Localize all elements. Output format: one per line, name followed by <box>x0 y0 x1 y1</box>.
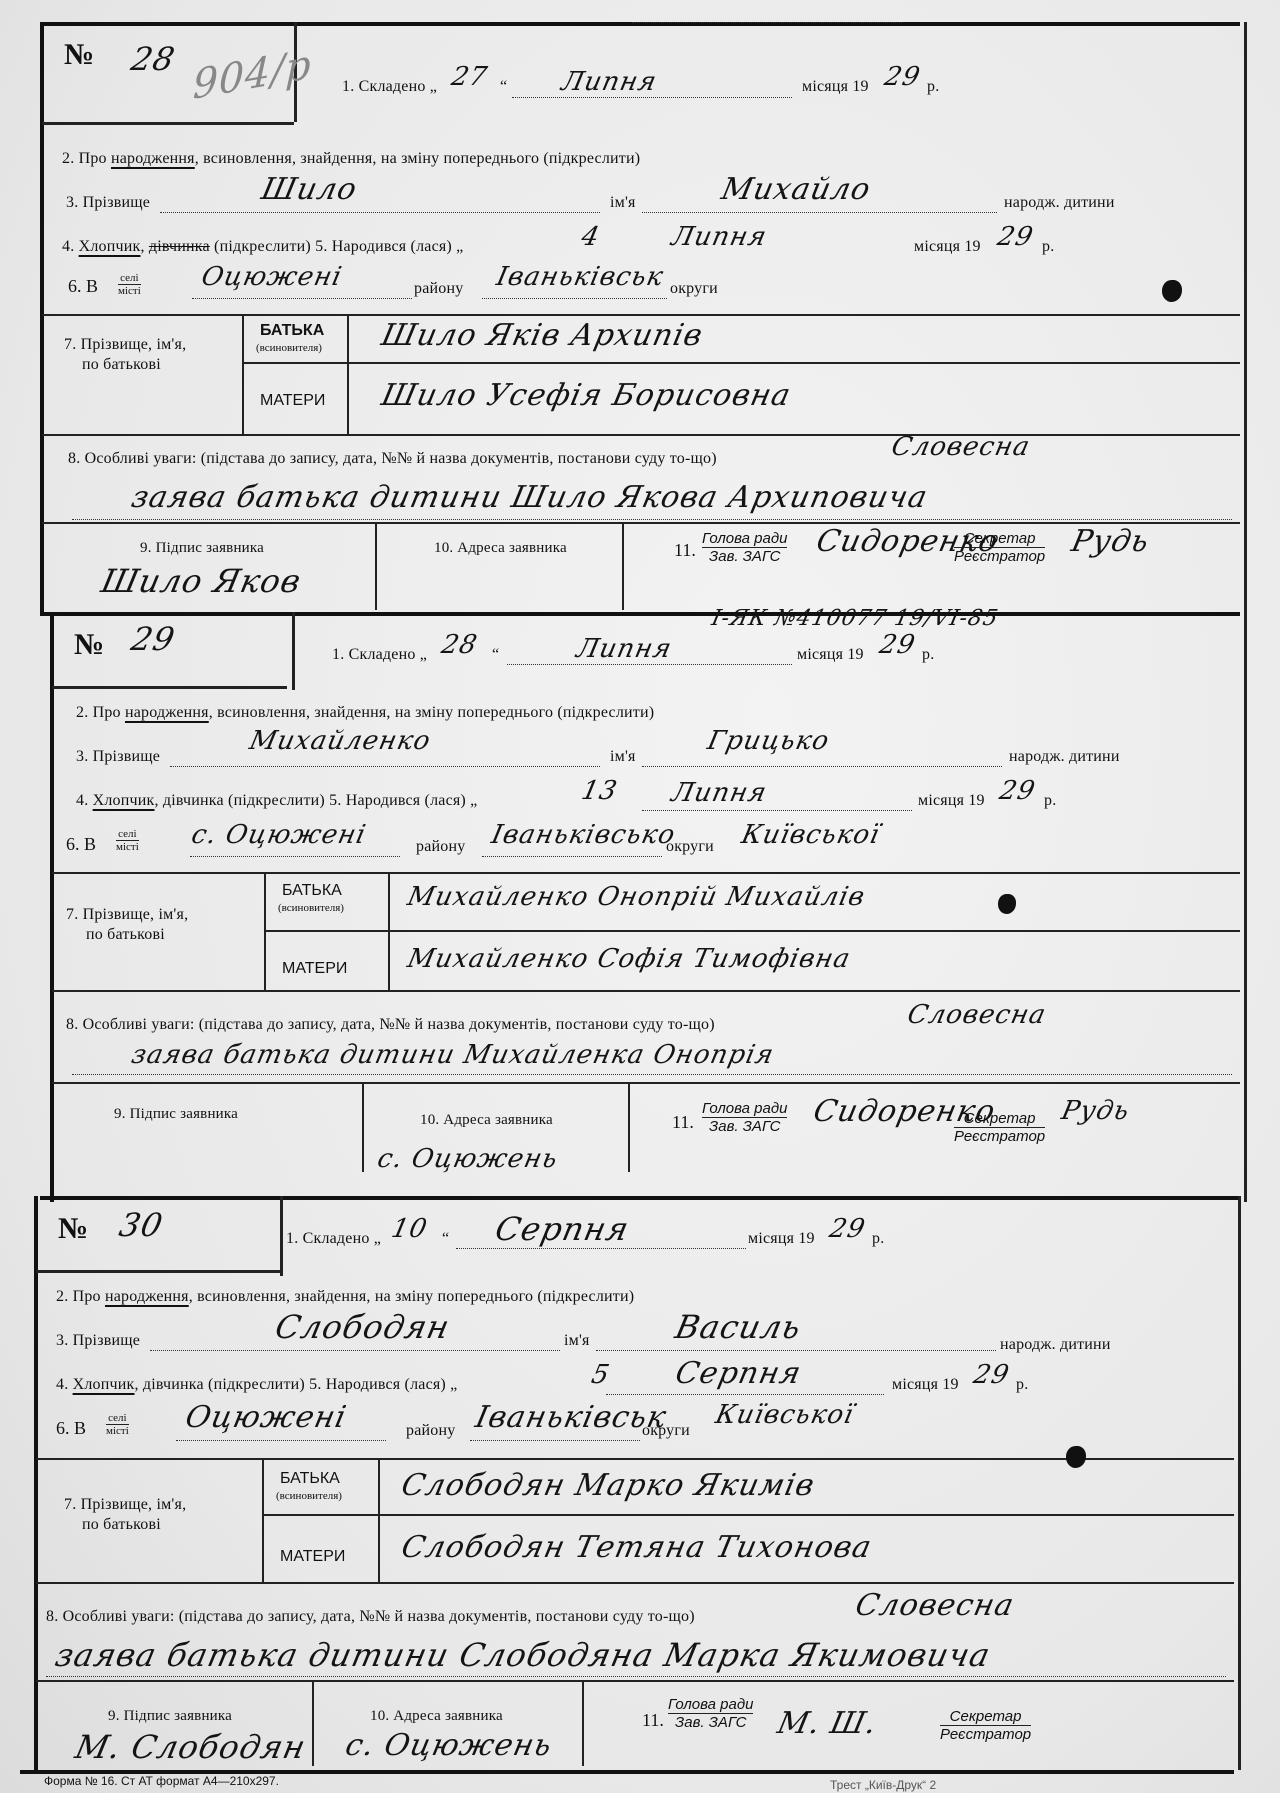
record-number: 28 <box>128 40 179 78</box>
notes-label: 8. Особливі уваги: (підстава до запису, … <box>46 1608 695 1626</box>
district-label: району <box>406 1422 455 1440</box>
place-value: Оцюжені <box>199 262 345 292</box>
dotted-line <box>72 519 1232 520</box>
divider <box>280 1196 283 1276</box>
divider <box>264 930 1240 932</box>
applicant-signature: Шило Яков <box>98 562 305 600</box>
girl-struck: дівчинка <box>149 238 210 255</box>
birth-underlined: народження <box>111 150 195 167</box>
about-label: 2. Про <box>62 150 107 167</box>
record-type: 2. Про народження, всиновлення, знайденн… <box>62 150 640 168</box>
birth-underlined: народження <box>105 1288 189 1305</box>
born-day: 4 <box>579 222 603 252</box>
secretary-fraction: Секретар Реєстратор <box>954 1110 1045 1146</box>
month-year-label: місяця 19 <box>802 78 869 96</box>
parents-label-2: по батькові <box>86 926 165 944</box>
dotted-line <box>190 856 400 857</box>
month-year-label: місяця 19 <box>918 792 985 810</box>
mother-value: Михайленко Софія Тимофівна <box>405 944 854 974</box>
secretary-label: Секретар <box>954 530 1045 548</box>
born-year: 29 <box>971 1360 1012 1390</box>
okruha-label: округи <box>642 1422 690 1440</box>
parents-label-2: по батькові <box>82 356 161 374</box>
district-value: Іваньківськ <box>472 1400 670 1435</box>
record-number-label: № <box>58 1212 88 1246</box>
compiled-label: 1. Складено „ <box>286 1230 381 1248</box>
registrar-label: Реєстратор <box>940 1726 1031 1743</box>
surname-value: Михайленко <box>247 726 434 756</box>
month-year-label: місяця 19 <box>914 238 981 256</box>
zags-label: Зав. ЗАГС <box>709 1118 780 1135</box>
divider <box>52 990 1240 992</box>
dotted-line <box>150 1350 560 1351</box>
notes-line-1: Словесна <box>905 1000 1049 1030</box>
dotted-line <box>512 97 792 98</box>
divider <box>362 1082 364 1172</box>
born-day: 5 <box>589 1360 613 1390</box>
divider <box>622 522 624 610</box>
signature-label: 9. Підпис заявника <box>108 1708 232 1725</box>
about-label: 2. Про <box>56 1288 101 1305</box>
head-fraction: Голова ради Зав. ЗАГС <box>702 530 787 566</box>
mother-value: Шило Усефія Борисовна <box>378 378 794 413</box>
month-year-label: місяця 19 <box>892 1376 959 1394</box>
sex-line: 4. Хлопчик, дівчинка (підкреслити) 5. На… <box>76 792 477 810</box>
compiled-year: 29 <box>827 1214 868 1244</box>
hint: (підкреслити) <box>214 238 311 255</box>
divider <box>292 612 295 690</box>
head-fraction: Голова ради Зав. ЗАГС <box>702 1100 787 1136</box>
born-month: Липня <box>669 778 770 808</box>
hint: (підкреслити) <box>208 1376 305 1393</box>
girl-label: дівчинка <box>143 1376 204 1393</box>
dotted-line <box>507 664 792 665</box>
signature-label: 9. Підпис заявника <box>114 1106 238 1123</box>
quote: “ <box>492 646 499 664</box>
hint: (підкреслити) <box>228 792 325 809</box>
district-value: Іваньківсько <box>489 820 678 850</box>
divider <box>628 1082 630 1172</box>
dotted-line <box>170 766 600 767</box>
notes-line-2: заява батька дитини Слободяна Марка Яким… <box>52 1636 994 1674</box>
register-page: № 28 904/р 1. Складено „ 27 “ Липня міся… <box>0 0 1280 1793</box>
quote: “ <box>442 1230 449 1248</box>
applicant-address: с. Оцюжень <box>375 1144 561 1174</box>
child-label: народж. дитини <box>1009 748 1120 766</box>
officials-number: 11. <box>642 1710 664 1731</box>
parents-label: 7. Прізвище, ім'я, <box>66 906 188 924</box>
in-label: 6. В <box>66 834 96 855</box>
applicant-address: с. Оцюжень <box>342 1728 555 1763</box>
name-value: Михайло <box>718 172 874 207</box>
okruha-value: Київської <box>739 820 883 850</box>
month-year-label: місяця 19 <box>797 646 864 664</box>
born-label: 5. Народився (лася) „ <box>315 238 463 255</box>
head-label: Голова ради <box>668 1696 753 1714</box>
city-label: місті <box>118 285 141 297</box>
okruha-value: Київської <box>713 1400 857 1430</box>
dotted-line <box>482 856 662 857</box>
district-value: Іваньківськ <box>494 262 667 292</box>
place-value: с. Оцюжені <box>189 820 369 850</box>
okruha-label: округи <box>666 838 714 856</box>
village-label: селі <box>106 1412 129 1425</box>
child-label: народж. дитини <box>1004 194 1115 212</box>
applicant-signature: М. Слободян <box>72 1728 310 1766</box>
father-label: БАТЬКА <box>282 882 342 900</box>
year-suffix: р. <box>1044 792 1056 810</box>
village-city-fraction: селі місті <box>118 272 141 297</box>
quote: “ <box>500 78 507 96</box>
dotted-line <box>642 810 912 811</box>
compiled-month: Липня <box>559 67 660 97</box>
name-label: ім'я <box>610 748 636 766</box>
signature-label: 9. Підпис заявника <box>140 540 264 557</box>
secretary-fraction: Секретар Реєстратор <box>954 530 1045 566</box>
divider <box>42 122 294 125</box>
head-label: Голова ради <box>702 530 787 548</box>
dotted-line <box>642 212 997 213</box>
dotted-line <box>176 1440 386 1441</box>
archive-note: I-ЯК №410077 19/VI-85 <box>709 606 1000 631</box>
year-suffix: р. <box>927 78 939 96</box>
dotted-line <box>72 1074 1232 1075</box>
address-label: 10. Адреса заявника <box>434 540 567 557</box>
item-number: 4. <box>76 792 88 809</box>
parents-label: 7. Прізвище, ім'я, <box>64 336 186 354</box>
surname-value: Шило <box>258 172 360 207</box>
year-suffix: р. <box>872 1230 884 1248</box>
month-year-label: місяця 19 <box>748 1230 815 1248</box>
girl-label: дівчинка <box>163 792 224 809</box>
divider <box>52 872 1240 874</box>
divider <box>378 1458 380 1582</box>
name-value: Грицько <box>705 726 832 756</box>
dotted-line <box>606 1394 884 1395</box>
dotted-line <box>46 1676 1226 1677</box>
notes-line-1: Словесна <box>889 432 1033 462</box>
compiled-month: Липня <box>574 634 675 664</box>
record-number-label: № <box>74 628 104 662</box>
village-city-fraction: селі місті <box>116 828 139 853</box>
surname-label: 3. Прізвище <box>66 194 150 212</box>
record-type-rest: , всиновлення, знайдення, на зміну попер… <box>209 704 655 721</box>
father-value: Михайленко Онопрій Михайлів <box>405 882 868 912</box>
divider <box>36 1582 1234 1584</box>
divider <box>242 314 244 434</box>
born-label: 5. Народився (лася) „ <box>309 1376 457 1393</box>
dotted-line <box>596 1350 996 1351</box>
child-label: народж. дитини <box>1000 1336 1111 1354</box>
notes-label: 8. Особливі уваги: (підстава до запису, … <box>66 1016 715 1034</box>
item-number: 4. <box>62 238 74 255</box>
notes-line-2: заява батька дитини Михайленка Онопрія <box>129 1040 777 1070</box>
head-fraction: Голова ради Зав. ЗАГС <box>668 1696 753 1732</box>
mother-label: МАТЕРИ <box>260 392 325 410</box>
head-signature: М. Ш. <box>774 1706 880 1741</box>
born-year: 29 <box>997 776 1038 806</box>
city-label: місті <box>106 1425 129 1437</box>
mother-value: Слободян Тетяна Тихонова <box>398 1530 875 1565</box>
dotted-line <box>160 212 600 213</box>
compiled-day: 27 <box>449 62 490 92</box>
dotted-line <box>482 298 667 299</box>
registrar-label: Реєстратор <box>954 1128 1045 1145</box>
divider <box>42 522 1240 524</box>
parents-label-2: по батькові <box>82 1516 161 1534</box>
mother-label: МАТЕРИ <box>280 1548 345 1566</box>
divider <box>242 362 1240 364</box>
name-value: Василь <box>672 1308 805 1346</box>
dotted-line <box>632 22 902 23</box>
born-day: 13 <box>579 776 620 806</box>
father-value: Шило Яків Архипів <box>378 318 706 353</box>
father-sub-label: (всиновителя) <box>276 1490 342 1502</box>
divider <box>42 434 1240 436</box>
address-label: 10. Адреса заявника <box>420 1112 553 1129</box>
record-type: 2. Про народження, всиновлення, знайденн… <box>76 704 654 722</box>
year-suffix: р. <box>1016 1376 1028 1394</box>
divider <box>312 1680 314 1766</box>
zags-label: Зав. ЗАГС <box>709 548 780 565</box>
dotted-line <box>642 766 1002 767</box>
divider <box>36 1680 1234 1682</box>
compiled-year: 29 <box>882 62 923 92</box>
okruha-label: округи <box>670 280 718 298</box>
registrar-label: Реєстратор <box>954 548 1045 565</box>
boy-underlined: Хлопчик <box>93 792 155 809</box>
father-label: БАТЬКА <box>280 1470 340 1488</box>
item-number: 4. <box>56 1376 68 1393</box>
sex-line: 4. Хлопчик, дівчинка (підкреслити) 5. На… <box>62 238 463 256</box>
father-sub-label: (всиновителя) <box>278 902 344 914</box>
secretary-signature: Рудь <box>1059 1096 1133 1126</box>
year-suffix: р. <box>922 646 934 664</box>
village-label: селі <box>116 828 139 841</box>
born-month: Липня <box>669 222 770 252</box>
record-type: 2. Про народження, всиновлення, знайденн… <box>56 1288 634 1306</box>
record-number-label: № <box>64 38 94 72</box>
dotted-line <box>470 1440 640 1441</box>
born-label: 5. Народився (лася) „ <box>329 792 477 809</box>
compiled-month: Серпня <box>492 1210 633 1248</box>
dotted-line <box>192 298 412 299</box>
secretary-label: Секретар <box>954 1110 1045 1128</box>
year-suffix: р. <box>1042 238 1054 256</box>
father-label: БАТЬКА <box>260 322 324 340</box>
record-30: № 30 1. Складено „ 10 “ Серпня місяця 19… <box>36 1196 1234 1770</box>
compiled-day: 10 <box>389 1214 430 1244</box>
village-city-fraction: селі місті <box>106 1412 129 1437</box>
born-month: Серпня <box>672 1356 804 1391</box>
village-label: селі <box>118 272 141 285</box>
sex-line: 4. Хлопчик, дівчинка (підкреслити) 5. На… <box>56 1376 457 1394</box>
boy-underlined: Хлопчик <box>79 238 141 255</box>
secretary-label: Секретар <box>940 1708 1031 1726</box>
father-value: Слободян Марко Якимів <box>398 1468 818 1503</box>
surname-label: 3. Прізвище <box>56 1332 140 1350</box>
divider <box>36 1270 280 1273</box>
divider <box>262 1458 264 1582</box>
born-year: 29 <box>995 222 1036 252</box>
in-label: 6. В <box>56 1418 86 1439</box>
divider <box>36 1458 1234 1460</box>
about-label: 2. Про <box>76 704 121 721</box>
secretary-fraction: Секретар Реєстратор <box>940 1708 1031 1744</box>
record-number: 29 <box>128 620 179 658</box>
address-label: 10. Адреса заявника <box>370 1708 503 1725</box>
dotted-line <box>456 1248 746 1249</box>
ink-blot <box>1066 1446 1086 1468</box>
mother-label: МАТЕРИ <box>282 960 347 978</box>
compiled-year: 29 <box>877 630 918 660</box>
divider <box>582 1680 584 1766</box>
divider <box>262 1514 1234 1516</box>
secretary-signature: Рудь <box>1068 524 1152 559</box>
form-footer: Форма № 16. Ст АТ формат А4—210х297. <box>44 1774 279 1788</box>
place-value: Оцюжені <box>182 1400 350 1435</box>
surname-label: 3. Прізвище <box>76 748 160 766</box>
birth-underlined: народження <box>125 704 209 721</box>
officials-number: 11. <box>672 1112 694 1133</box>
divider <box>42 314 1240 316</box>
name-label: ім'я <box>564 1332 590 1350</box>
officials-number: 11. <box>674 540 696 561</box>
surname-value: Слободян <box>272 1308 454 1346</box>
printer-footer: Трест „Київ-Друк“ 2 <box>830 1778 936 1792</box>
head-label: Голова ради <box>702 1100 787 1118</box>
notes-line-2: заява батька дитини Шило Якова Архипович… <box>128 480 931 515</box>
district-label: району <box>414 280 463 298</box>
divider <box>52 1082 1240 1084</box>
in-label: 6. В <box>68 276 98 297</box>
parents-label: 7. Прізвище, ім'я, <box>64 1496 186 1514</box>
notes-label: 8. Особливі уваги: (підстава до запису, … <box>68 450 717 468</box>
ink-blot <box>998 894 1016 914</box>
divider <box>375 522 377 610</box>
record-type-rest: , всиновлення, знайдення, на зміну попер… <box>189 1288 635 1305</box>
compiled-label: 1. Складено „ <box>342 78 437 96</box>
record-type-rest: , всиновлення, знайдення, на зміну попер… <box>195 150 641 167</box>
boy-underlined: Хлопчик <box>73 1376 135 1393</box>
city-label: місті <box>116 841 139 853</box>
compiled-day: 28 <box>439 630 480 660</box>
district-label: району <box>416 838 465 856</box>
divider <box>52 686 287 689</box>
ink-blot <box>1162 280 1182 302</box>
record-number: 30 <box>116 1206 167 1244</box>
name-label: ім'я <box>610 194 636 212</box>
record-29: № 29 I-ЯК №410077 19/VI-85 1. Складено „… <box>52 612 1240 1202</box>
father-sub-label: (всиновителя) <box>256 342 322 354</box>
compiled-label: 1. Складено „ <box>332 646 427 664</box>
notes-line-1: Словесна <box>852 1588 1017 1623</box>
divider <box>347 314 349 434</box>
zags-label: Зав. ЗАГС <box>675 1714 746 1731</box>
record-28: № 28 904/р 1. Складено „ 27 “ Липня міся… <box>42 22 1240 612</box>
